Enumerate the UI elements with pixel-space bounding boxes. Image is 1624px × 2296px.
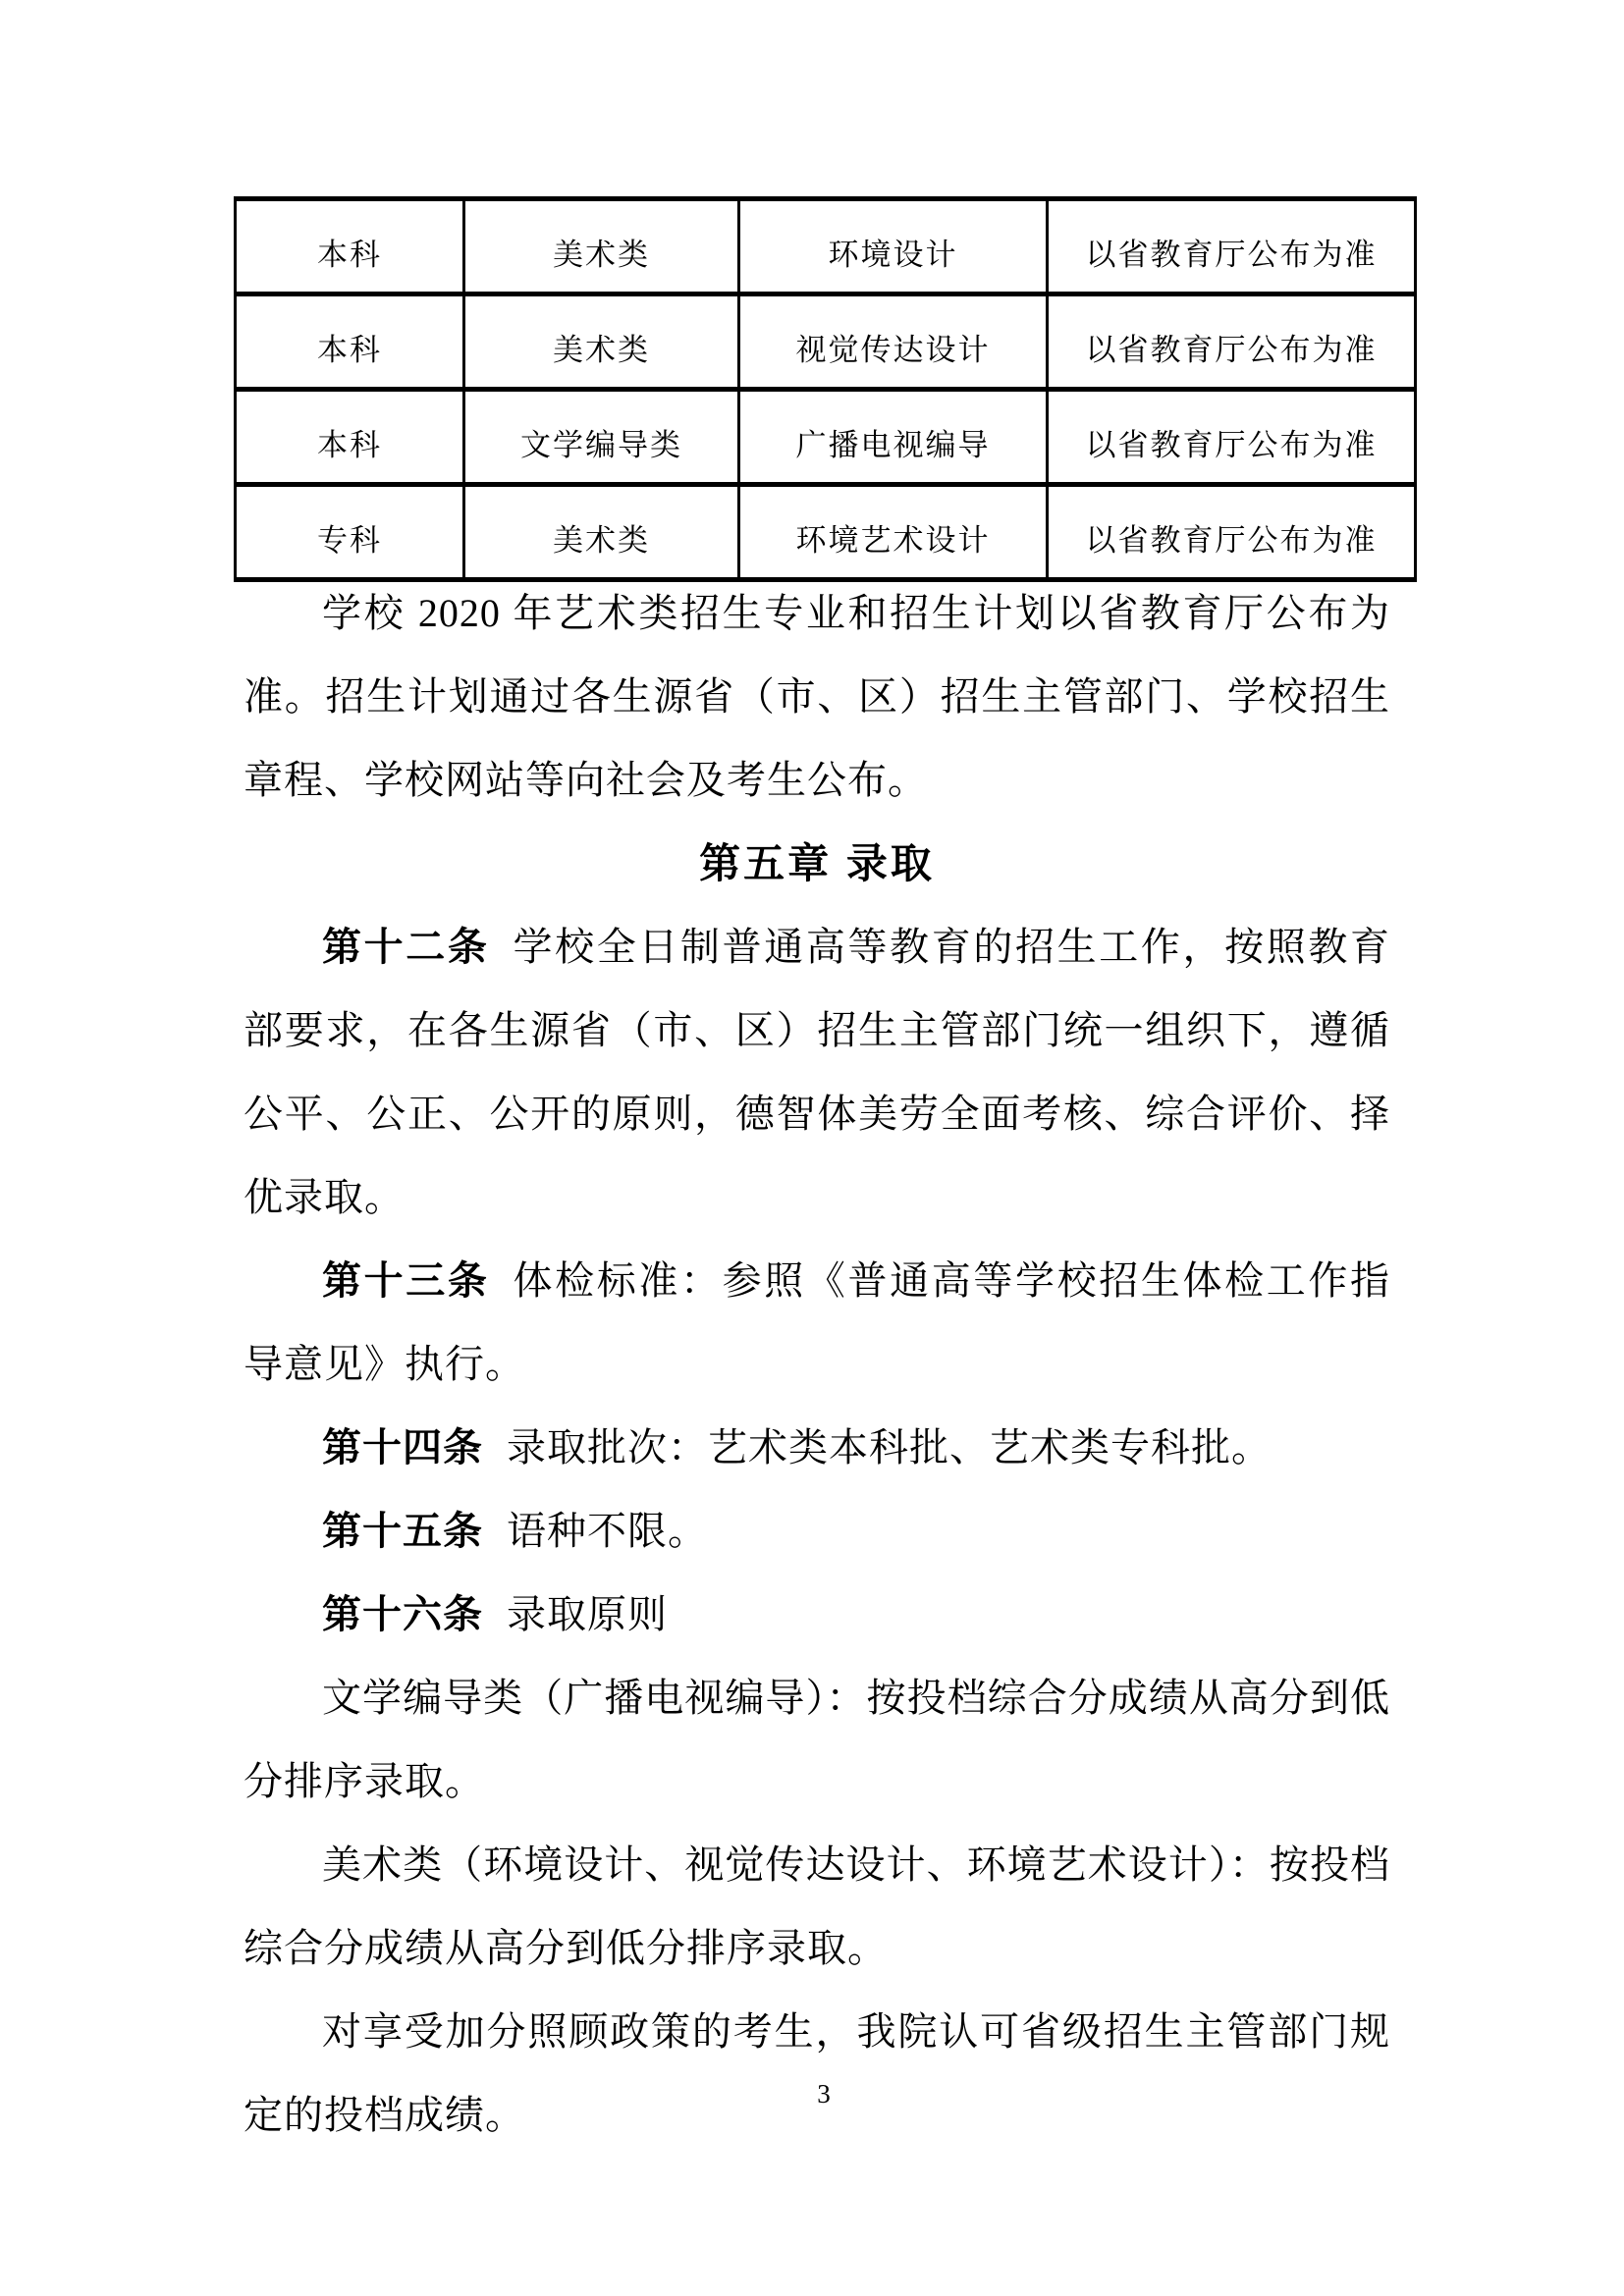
page-number: 3 xyxy=(234,2079,1414,2109)
table-cell-major: 广播电视编导 xyxy=(739,390,1048,485)
paragraph-bonus-policy: 对享受加分照顾政策的考生，我院认可省级招生主管部门规定的投档成绩。 xyxy=(244,1990,1390,2157)
table-cell-major: 环境设计 xyxy=(739,199,1048,294)
article-14-text: 录取批次：艺术类本科批、艺术类专科批。 xyxy=(507,1425,1272,1469)
table-row: 专科 美术类 环境艺术设计 以省教育厅公布为准 xyxy=(236,485,1416,580)
table-cell-plan: 以省教育厅公布为准 xyxy=(1048,390,1416,485)
article-12-label: 第十二条 xyxy=(322,925,490,969)
principle-literature-text: 文学编导类（广播电视编导）：按投档综合分成绩从高分到低分排序录取。 xyxy=(244,1676,1390,1803)
table-cell-major: 视觉传达设计 xyxy=(739,294,1048,390)
table-cell-category: 文学编导类 xyxy=(464,390,739,485)
table-cell-category: 美术类 xyxy=(464,485,739,580)
intro-text: 学校 2020 年艺术类招生专业和招生计划以省教育厅公布为准。招生计划通过各生源… xyxy=(244,591,1390,802)
table-cell-plan: 以省教育厅公布为准 xyxy=(1048,485,1416,580)
article-12-text: 学校全日制普通高等教育的招生工作，按照教育部要求，在各生源省（市、区）招生主管部… xyxy=(244,925,1390,1219)
table-cell-level: 本科 xyxy=(236,390,464,485)
table-cell-level: 本科 xyxy=(236,199,464,294)
table-cell-category: 美术类 xyxy=(464,294,739,390)
table-row: 本科 美术类 环境设计 以省教育厅公布为准 xyxy=(236,199,1416,294)
article-16-text: 录取原则 xyxy=(507,1592,668,1636)
paragraph-article-14: 第十四条录取批次：艺术类本科批、艺术类专科批。 xyxy=(244,1406,1390,1489)
table-cell-level: 本科 xyxy=(236,294,464,390)
table-cell-category: 美术类 xyxy=(464,199,739,294)
table-cell-plan: 以省教育厅公布为准 xyxy=(1048,199,1416,294)
paragraph-principle-literature: 文学编导类（广播电视编导）：按投档综合分成绩从高分到低分排序录取。 xyxy=(244,1656,1390,1823)
article-14-label: 第十四条 xyxy=(322,1425,483,1469)
table-row: 本科 文学编导类 广播电视编导 以省教育厅公布为准 xyxy=(236,390,1416,485)
article-13-label: 第十三条 xyxy=(322,1258,490,1303)
paragraph-article-15: 第十五条语种不限。 xyxy=(244,1489,1390,1573)
document-page: 本科 美术类 环境设计 以省教育厅公布为准 本科 美术类 视觉传达设计 以省教育… xyxy=(0,0,1624,2296)
article-15-text: 语种不限。 xyxy=(507,1509,708,1553)
table-cell-major: 环境艺术设计 xyxy=(739,485,1048,580)
table-cell-level: 专科 xyxy=(236,485,464,580)
table-row: 本科 美术类 视觉传达设计 以省教育厅公布为准 xyxy=(236,294,1416,390)
table-cell-plan: 以省教育厅公布为准 xyxy=(1048,294,1416,390)
article-16-label: 第十六条 xyxy=(322,1592,483,1636)
paragraph-article-16: 第十六条录取原则 xyxy=(244,1573,1390,1656)
article-15-label: 第十五条 xyxy=(322,1509,483,1553)
paragraph-intro: 学校 2020 年艺术类招生专业和招生计划以省教育厅公布为准。招生计划通过各生源… xyxy=(244,571,1390,822)
body-text: 学校 2020 年艺术类招生专业和招生计划以省教育厅公布为准。招生计划通过各生源… xyxy=(244,571,1390,2157)
paragraph-principle-art: 美术类（环境设计、视觉传达设计、环境艺术设计）：按投档综合分成绩从高分到低分排序… xyxy=(244,1823,1390,1990)
admission-plan-table: 本科 美术类 环境设计 以省教育厅公布为准 本科 美术类 视觉传达设计 以省教育… xyxy=(234,196,1417,582)
paragraph-article-13: 第十三条体检标准：参照《普通高等学校招生体检工作指导意见》执行。 xyxy=(244,1239,1390,1406)
bonus-policy-text: 对享受加分照顾政策的考生，我院认可省级招生主管部门规定的投档成绩。 xyxy=(244,2009,1390,2137)
principle-art-text: 美术类（环境设计、视觉传达设计、环境艺术设计）：按投档综合分成绩从高分到低分排序… xyxy=(244,1842,1390,1970)
chapter-heading: 第五章 录取 xyxy=(244,822,1390,905)
paragraph-article-12: 第十二条学校全日制普通高等教育的招生工作，按照教育部要求，在各生源省（市、区）招… xyxy=(244,905,1390,1239)
